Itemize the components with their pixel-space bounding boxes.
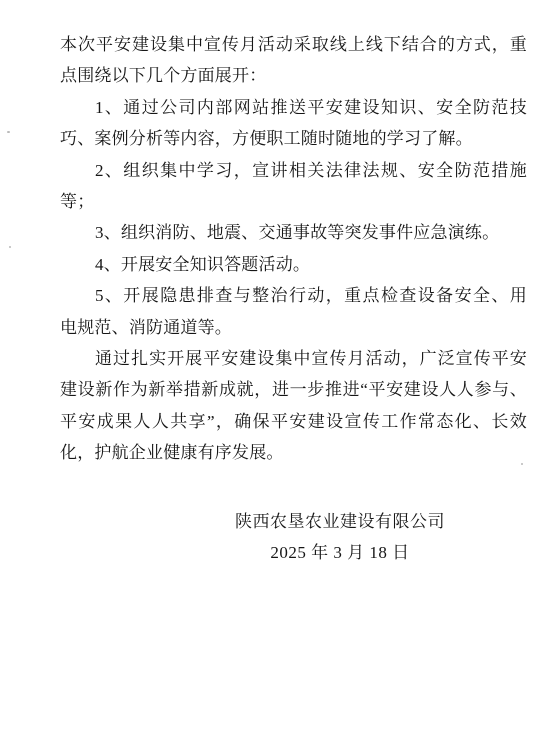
body-line: 建设新作为新举措新成就，进一步推进“平安建设人人参与、 — [60, 374, 527, 405]
body-lines: 本次平安建设集中宣传月活动采取线上线下结合的方式，重点围绕以下几个方面展开：1、… — [60, 29, 527, 469]
document-body: 本次平安建设集中宣传月活动采取线上线下结合的方式，重点围绕以下几个方面展开：1、… — [60, 29, 527, 568]
body-line: 电规范、消防通道等。 — [60, 312, 527, 343]
scan-speck — [7, 131, 10, 133]
body-line: 1、通过公司内部网站推送平安建设知识、安全防范技 — [60, 92, 527, 123]
body-line: 等； — [60, 186, 527, 217]
body-line: 4、开展安全知识答题活动。 — [60, 249, 527, 280]
body-line: 本次平安建设集中宣传月活动采取线上线下结合的方式，重 — [60, 29, 527, 60]
body-line: 2、组织集中学习，宣讲相关法律法规、安全防范措施 — [60, 155, 527, 186]
body-line: 3、组织消防、地震、交通事故等突发事件应急演练。 — [60, 217, 527, 248]
signature-company: 陕西农垦农业建设有限公司 — [153, 506, 527, 537]
body-line: 化，护航企业健康有序发展。 — [60, 437, 527, 468]
body-line: 5、开展隐患排查与整治行动，重点检查设备安全、用 — [60, 280, 527, 311]
signature-date: 2025 年 3 月 18 日 — [153, 537, 527, 568]
scan-speck — [9, 246, 11, 248]
scanned-document-page: 本次平安建设集中宣传月活动采取线上线下结合的方式，重点围绕以下几个方面展开：1、… — [0, 0, 558, 745]
body-line: 通过扎实开展平安建设集中宣传月活动，广泛宣传平安 — [60, 343, 527, 374]
signature-block: 陕西农垦农业建设有限公司 2025 年 3 月 18 日 — [153, 506, 527, 568]
body-line: 巧、案例分析等内容，方便职工随时随地的学习了解。 — [60, 123, 527, 154]
body-line: 点围绕以下几个方面展开： — [60, 60, 527, 91]
body-line: 平安成果人人共享”，确保平安建设宣传工作常态化、长效 — [60, 406, 527, 437]
